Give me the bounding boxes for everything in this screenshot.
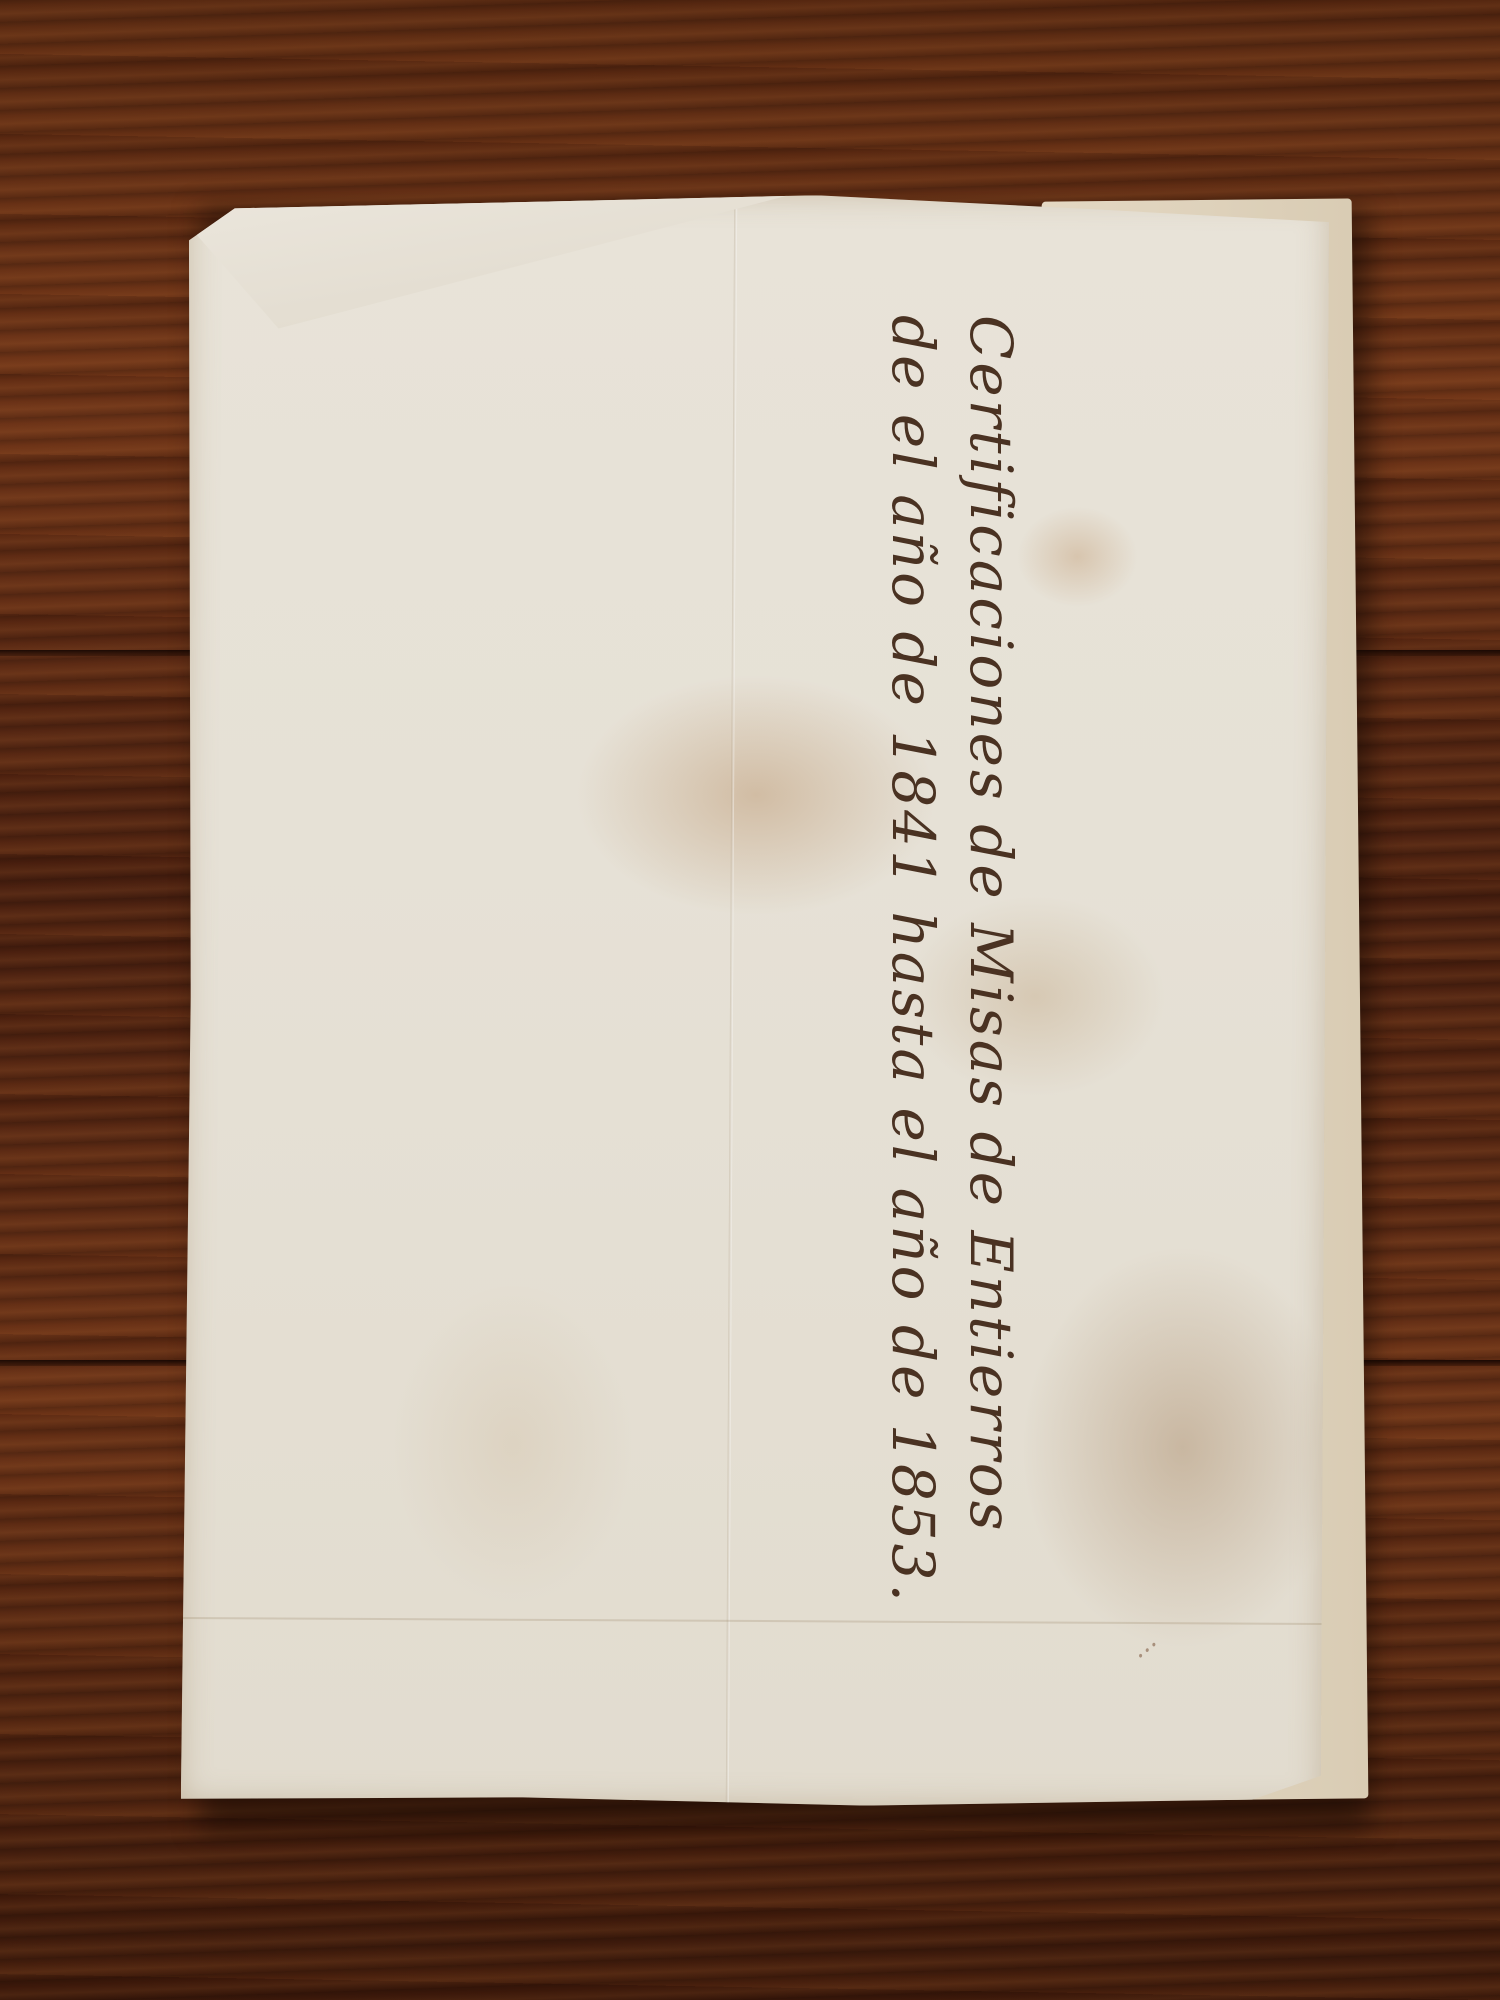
inscription-line-1: Certificaciones de Misas de Entierros <box>952 315 1030 1565</box>
fold-crease-horizontal <box>182 1617 1322 1625</box>
folded-corner <box>188 192 789 365</box>
handwritten-inscription: Certificaciones de Misas de Entierros de… <box>830 315 1030 1565</box>
inscription-line-2: de el año de 1841 hasta el año de 1853. <box>874 315 952 1565</box>
document-sheet <box>181 192 1329 1808</box>
fold-crease-vertical <box>726 195 737 1805</box>
